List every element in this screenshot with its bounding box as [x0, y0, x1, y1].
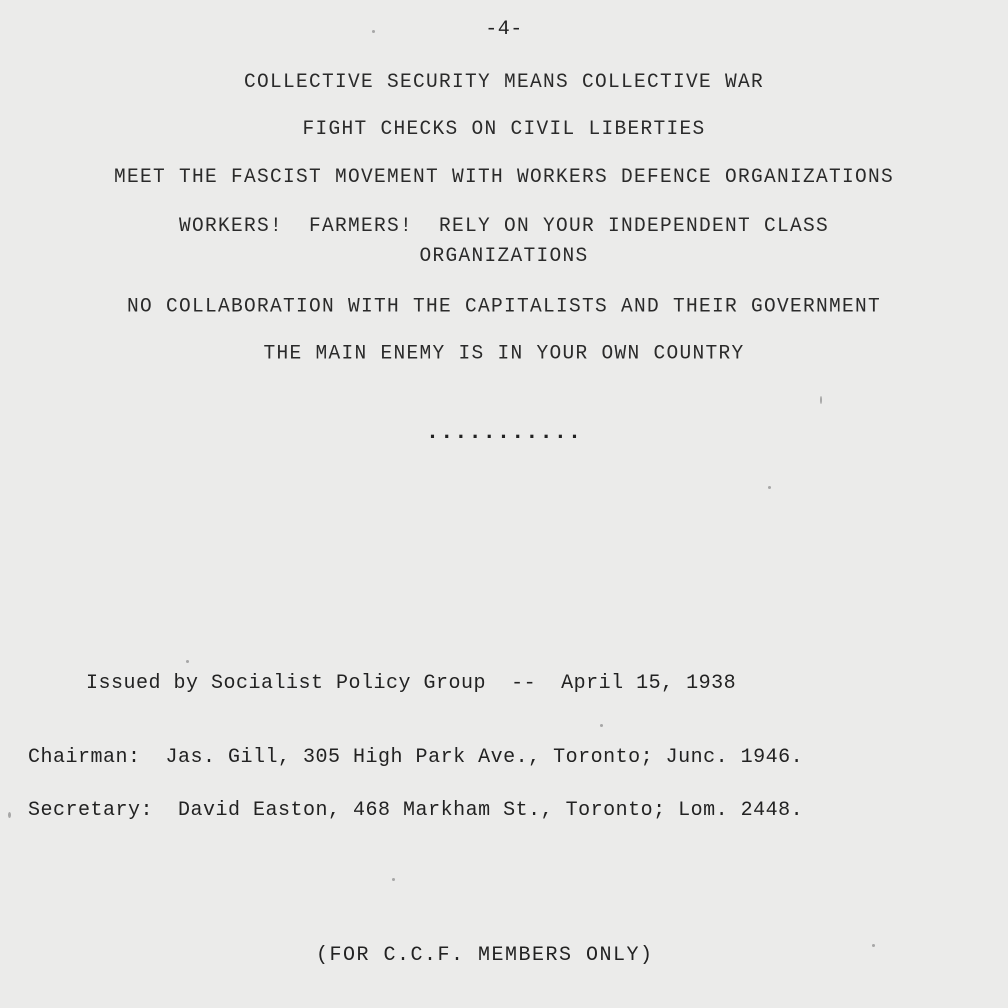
paper-speck — [392, 878, 395, 881]
paper-speck — [8, 812, 11, 818]
dotted-separator: ........... — [0, 420, 1008, 445]
paper-speck — [820, 396, 822, 404]
slogan-no-collaboration: NO COLLABORATION WITH THE CAPITALISTS AN… — [0, 294, 1008, 317]
issued-by-line: Issued by Socialist Policy Group -- Apri… — [86, 672, 736, 695]
slogan-workers-farmers-continued: ORGANIZATIONS — [0, 244, 1008, 267]
document-page: -4- COLLECTIVE SECURITY MEANS COLLECTIVE… — [0, 0, 1008, 1008]
paper-speck — [372, 30, 375, 33]
paper-speck — [872, 944, 875, 947]
members-only-notice: (FOR C.C.F. MEMBERS ONLY) — [316, 944, 654, 967]
paper-speck — [768, 486, 771, 489]
page-number: -4- — [0, 18, 1008, 41]
paper-speck — [600, 724, 603, 727]
slogan-civil-liberties: FIGHT CHECKS ON CIVIL LIBERTIES — [0, 117, 1008, 140]
slogan-fascist-movement: MEET THE FASCIST MOVEMENT WITH WORKERS D… — [0, 165, 1008, 188]
slogan-main-enemy: THE MAIN ENEMY IS IN YOUR OWN COUNTRY — [0, 341, 1008, 364]
secretary-line: Secretary: David Easton, 468 Markham St.… — [28, 799, 803, 822]
chairman-line: Chairman: Jas. Gill, 305 High Park Ave.,… — [28, 746, 803, 769]
slogan-workers-farmers: WORKERS! FARMERS! RELY ON YOUR INDEPENDE… — [0, 214, 1008, 237]
paper-speck — [186, 660, 189, 663]
slogan-collective-security: COLLECTIVE SECURITY MEANS COLLECTIVE WAR — [0, 70, 1008, 93]
